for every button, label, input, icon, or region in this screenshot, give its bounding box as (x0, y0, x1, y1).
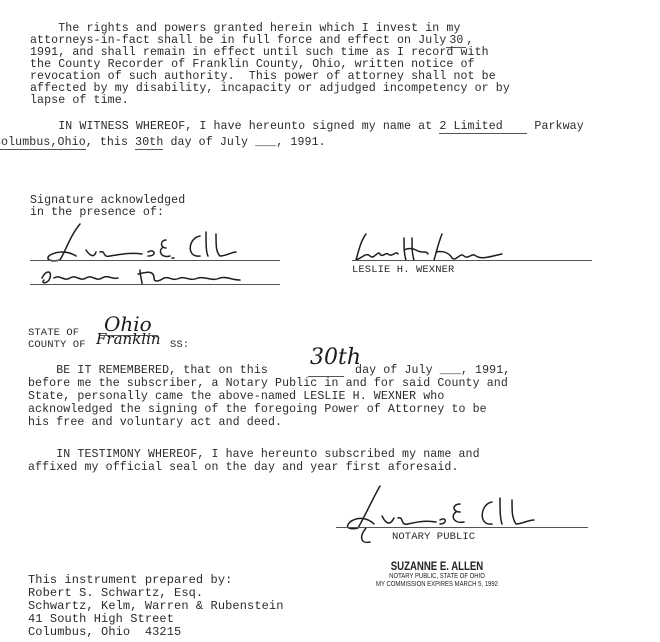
witness2-signature-line (30, 284, 280, 285)
remembered-line: BE IT REMEMBERED, that on this (28, 364, 268, 377)
remembered-line: day of July ___, 1991, (348, 364, 510, 377)
remembered-line: acknowledged the signing of the foregoin… (28, 403, 487, 416)
notary-public-label: NOTARY PUBLIC (392, 531, 475, 544)
principal-name: LESLIE H. WEXNER (352, 264, 454, 277)
notary-stamp: SUZANNE E. ALLEN NOTARY PUBLIC, STATE OF… (362, 560, 512, 589)
principal-signature-line (352, 260, 592, 261)
witness-text: , this (86, 136, 135, 149)
remembered-line: State, personally came the above-named L… (28, 390, 444, 403)
prepared-by-line: Columbus, Ohio 43215 (28, 626, 181, 639)
witness-text: day of July ___, 1991. (163, 136, 325, 149)
address-line-1-rest: Parkway (527, 120, 583, 133)
witness-line-2: Columbus,Ohio, this 30th day of July ___… (0, 136, 326, 150)
acknowledged-label: in the presence of: (30, 206, 164, 219)
remembered-line: before me the subscriber, a Notary Publi… (28, 377, 508, 390)
testimony-line: affixed my official seal on the day and … (28, 461, 459, 474)
notary-signature-line (336, 527, 588, 528)
witness1-signature-line (30, 260, 280, 261)
testimony-line: IN TESTIMONY WHEREOF, I have hereunto su… (28, 448, 480, 461)
address-line-2: Columbus,Ohio (0, 136, 86, 150)
stamp-name: SUZANNE E. ALLEN (377, 560, 497, 573)
witness-text: IN WITNESS WHEREOF, I have hereunto sign… (30, 120, 439, 133)
address-line-1: 2 Limited (439, 120, 527, 134)
ss-label: SS: (170, 339, 189, 352)
paragraph-line: lapse of time. (30, 94, 129, 107)
stamp-line-3: MY COMMISSION EXPIRES MARCH 5, 1992 (373, 581, 501, 589)
county-label: COUNTY OF (28, 339, 92, 352)
witness-day: 30th (135, 136, 163, 150)
county-value: Franklin (96, 330, 161, 348)
witness-line-1: IN WITNESS WHEREOF, I have hereunto sign… (30, 120, 584, 134)
stamp-line-2: NOTARY PUBLIC, STATE OF OHIO (373, 573, 501, 581)
remembered-line: his free and voluntary act and deed. (28, 416, 282, 429)
